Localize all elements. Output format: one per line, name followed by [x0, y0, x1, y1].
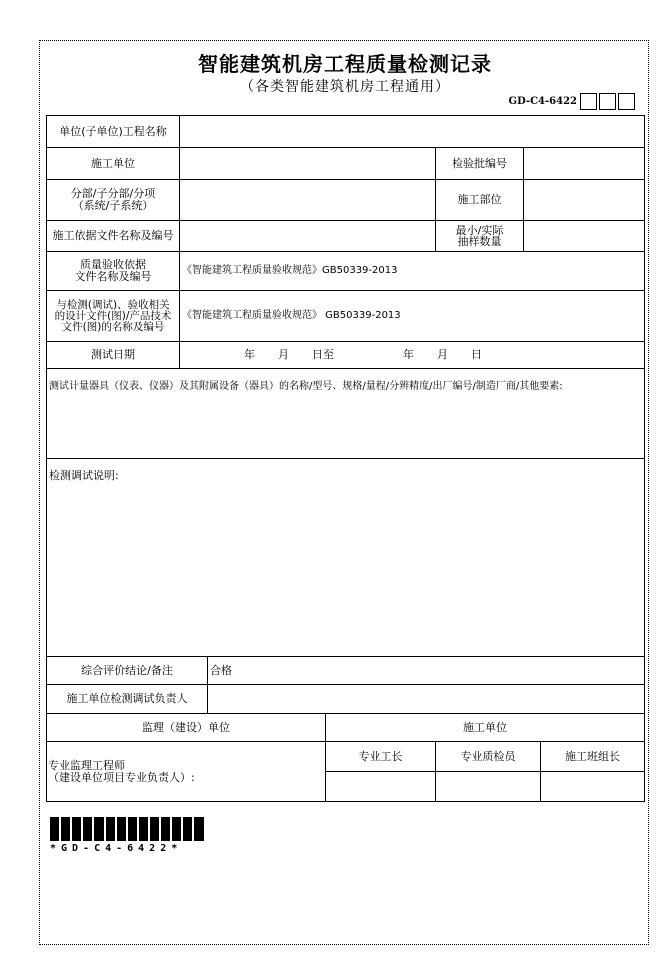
- basis-doc-label: 施工依据文件名称及编号: [47, 221, 179, 251]
- sample-label: 最小/实际 抽样数量: [436, 221, 523, 251]
- test-notes-field[interactable]: [47, 485, 644, 655]
- supervisor-unit-label: 监理（建设）单位: [47, 714, 325, 741]
- project-name-label: 单位(子单位)工程名称: [47, 116, 179, 147]
- barcode-image: [50, 817, 206, 841]
- division-label-line2: （系统/子系统）: [73, 200, 154, 212]
- design-doc-label-line2: 的设计文件(图)/产品技术: [55, 311, 172, 322]
- acceptance-label-line2: 文件名称及编号: [75, 271, 152, 283]
- design-doc-label-line1: 与检测(调试)、验收相关: [56, 300, 169, 311]
- conclusion-field[interactable]: 合格: [208, 657, 644, 684]
- test-date-label: 测试日期: [47, 342, 179, 368]
- team-leader-signature[interactable]: [541, 772, 644, 801]
- supervisor-engineer-signature[interactable]: 专业监理工程师 （建设单位项目专业负责人）:: [47, 742, 325, 801]
- barcode-text: *GD-C4-6422*: [50, 843, 182, 854]
- test-date-field[interactable]: 年 月 日至 年 月 日: [180, 342, 644, 368]
- document-code-row: GD-C4-6422: [509, 93, 635, 110]
- acceptance-label: 质量验收依据 文件名称及编号: [47, 252, 179, 290]
- batch-no-field[interactable]: [524, 148, 644, 179]
- code-box-1[interactable]: [580, 93, 597, 110]
- team-leader-label: 施工班组长: [541, 742, 644, 771]
- supervisor-engineer-line1: 专业监理工程师: [48, 760, 125, 772]
- division-field[interactable]: [180, 180, 435, 220]
- foreman-signature[interactable]: [326, 772, 435, 801]
- design-doc-field[interactable]: 《智能建筑工程质量验收规范》 GB50339-2013: [180, 291, 644, 341]
- code-box-3[interactable]: [618, 93, 635, 110]
- document-code: GD-C4-6422: [509, 96, 577, 107]
- basis-doc-field[interactable]: [180, 221, 435, 251]
- location-label: 施工部位: [436, 180, 523, 220]
- sample-field[interactable]: [524, 221, 644, 251]
- inspector-label: 专业质检员: [436, 742, 540, 771]
- acceptance-field[interactable]: 《智能建筑工程质量验收规范》GB50339-2013: [180, 252, 644, 290]
- project-name-field[interactable]: [180, 116, 644, 147]
- code-box-2[interactable]: [599, 93, 616, 110]
- foreman-label: 专业工长: [326, 742, 435, 771]
- design-doc-label: 与检测(调试)、验收相关 的设计文件(图)/产品技术 文件(图)的名称及编号: [47, 291, 179, 341]
- division-label: 分部/子分部/分项 （系统/子系统）: [47, 180, 179, 220]
- inspector-signature[interactable]: [436, 772, 540, 801]
- location-field[interactable]: [524, 180, 644, 220]
- contractor-field[interactable]: [180, 148, 435, 179]
- responsible-field[interactable]: [208, 685, 644, 713]
- supervisor-engineer-line2: （建设单位项目专业负责人）:: [48, 772, 195, 784]
- design-doc-label-line3: 文件(图)的名称及编号: [62, 322, 165, 333]
- contractor-unit-label: 施工单位: [326, 714, 644, 741]
- contractor-label: 施工单位: [47, 148, 179, 179]
- batch-no-label: 检验批编号: [436, 148, 523, 179]
- instruments-field[interactable]: [47, 395, 644, 457]
- sample-label-line2: 抽样数量: [458, 236, 502, 247]
- conclusion-label: 综合评价结论/备注: [47, 657, 207, 684]
- responsible-label: 施工单位检测调试负责人: [47, 685, 207, 713]
- document-title: 智能建筑机房工程质量检测记录: [0, 48, 670, 77]
